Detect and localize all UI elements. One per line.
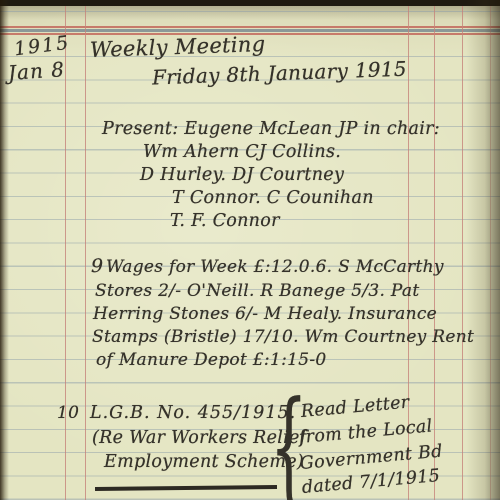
- header-rule-red-top: [0, 26, 500, 28]
- margin-line-left-inner: [85, 6, 86, 500]
- item-9-line: Herring Stones 6/- M Healy. Insurance: [93, 304, 437, 324]
- item-9-number: 9: [91, 255, 103, 277]
- present-name-line: Wm Ahern CJ Collins.: [143, 142, 341, 162]
- item-9-line: Stores 2/- O'Neill. R Banege 5/3. Pat: [95, 281, 419, 301]
- item-10-line: L.G.B. No. 455/1915.: [90, 403, 296, 423]
- present-name-line: T. F. Connor: [170, 211, 280, 231]
- header-rule-blue: [0, 29, 500, 32]
- cash-column-line-2: [434, 6, 435, 500]
- present-name-line: D Hurley. DJ Courtney: [140, 165, 344, 185]
- cash-column-line-3: [462, 6, 463, 500]
- ruled-line-top: [0, 11, 500, 12]
- item-10-number: 10: [57, 403, 79, 423]
- page-right-edge-shadow: [466, 0, 500, 500]
- top-shadow: [0, 6, 500, 20]
- item-9-line: Wages for Week £:12.0.6. S McCarthy: [106, 257, 444, 277]
- item-9-line: of Manure Depot £:1:15-0: [96, 350, 326, 370]
- item-9-line: Stamps (Bristle) 17/10. Wm Courtney Rent: [92, 327, 474, 347]
- margin-date: Jan 8: [7, 57, 65, 85]
- present-name-line: T Connor. C Counihan: [172, 188, 374, 208]
- minute-book-page: 1915 Jan 8 Weekly Meeting Friday 8th Jan…: [0, 0, 500, 500]
- present-intro: Present: Eugene McLean JP in chair:: [102, 119, 440, 139]
